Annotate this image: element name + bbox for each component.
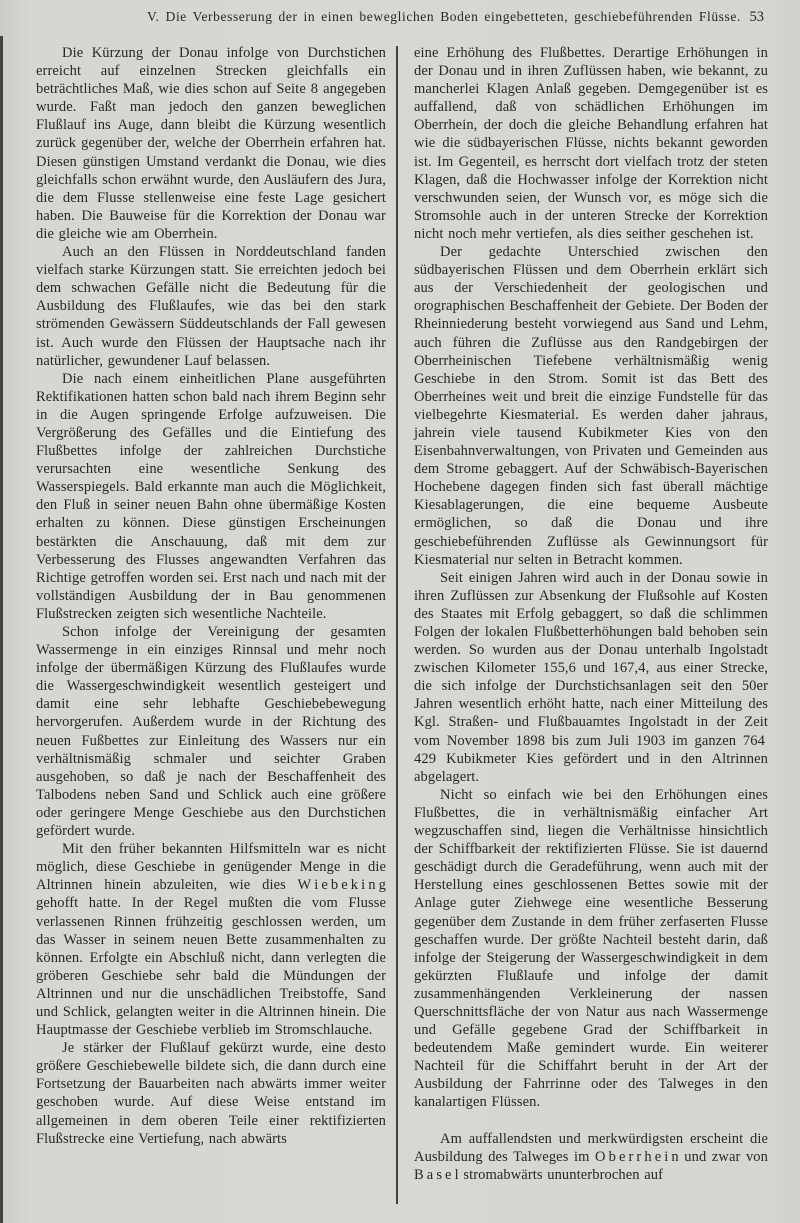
paragraph: Der gedachte Unterschied zwischen den sü… [414,243,768,569]
column-divider-rule [396,46,398,1204]
paragraph: Seit einigen Jahren wird auch in der Don… [414,569,768,786]
right-column: eine Erhöhung des Flußbettes. Derartige … [414,44,768,1184]
paragraph: Mit den früher bekannten Hilfsmitteln wa… [36,840,386,1039]
paragraph: Schon infolge der Vereinigung der gesamt… [36,623,386,840]
page-number: 53 [750,9,765,26]
running-title: V. Die Verbesserung der in einen bewegli… [40,9,764,25]
text-columns: Die Kürzung der Donau infolge von Durchs… [0,44,800,1223]
paragraph: Die Kürzung der Donau infolge von Durchs… [36,44,386,243]
paragraph: eine Erhöhung des Flußbettes. Derartige … [414,44,768,243]
paragraph: Am auffallendsten und merkwürdigsten ers… [414,1130,768,1184]
paragraph: Nicht so einfach wie bei den Erhöhungen … [414,786,768,1112]
book-page: V. Die Verbesserung der in einen bewegli… [0,0,800,1223]
left-column: Die Kürzung der Donau infolge von Durchs… [36,44,386,1148]
paragraph: Auch an den Flüssen in Norddeutschland f… [36,243,386,370]
paragraph: Die nach einem einheitlichen Plane ausge… [36,370,386,623]
page-header: V. Die Verbesserung der in einen bewegli… [40,9,764,31]
paragraph: Je stärker der Flußlauf gekürzt wurde, e… [36,1039,386,1148]
